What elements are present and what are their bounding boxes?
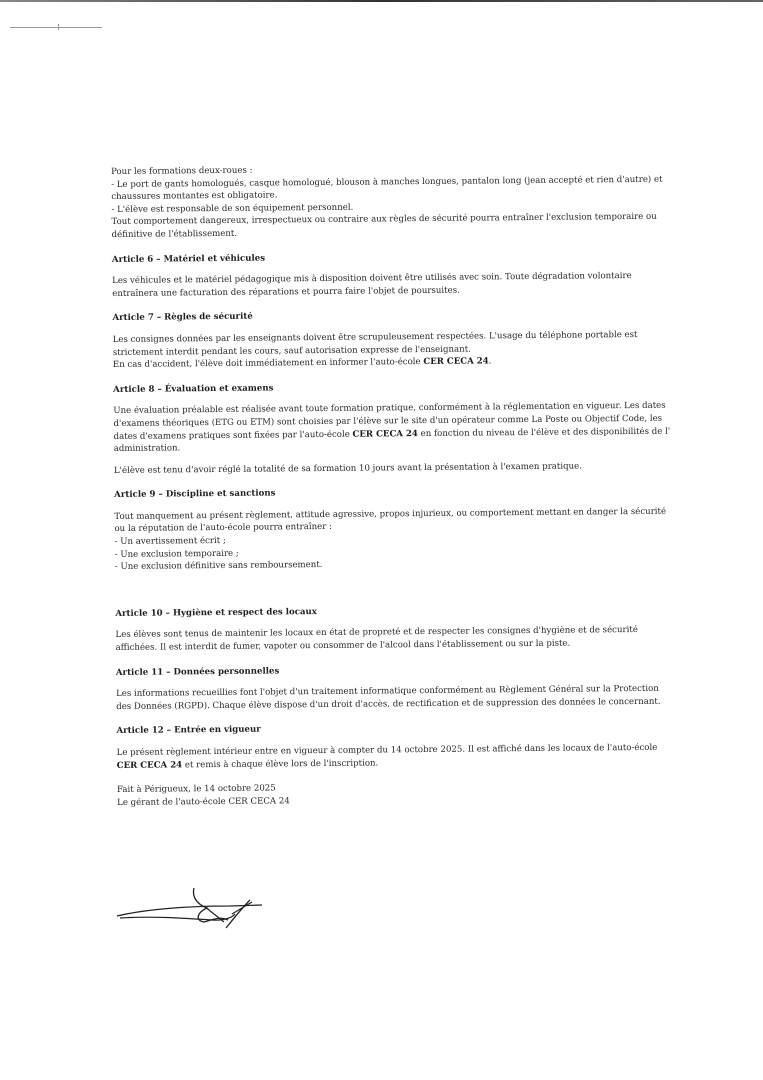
text: et remis à chaque élève lors de l'inscri… <box>182 758 378 770</box>
school-name: CER CECA 24 <box>352 429 417 440</box>
text: En cas d'accident, l'élève doit immédiat… <box>113 357 424 370</box>
text: . <box>489 356 492 366</box>
school-name: CER CECA 24 <box>117 760 182 771</box>
text: dates d'examens pratiques sont fixées pa… <box>114 429 353 441</box>
school-name: CER CECA 24 <box>423 357 488 368</box>
scan-artifact-mark <box>10 27 102 28</box>
document-page: Pour les formations deux-roues : - Le po… <box>111 161 637 809</box>
text: en fonction du niveau de l'élève et des … <box>418 426 670 438</box>
signature-icon <box>112 870 262 930</box>
scan-top-border <box>0 0 763 2</box>
intro-section: Pour les formations deux-roues : - Le po… <box>111 161 632 242</box>
